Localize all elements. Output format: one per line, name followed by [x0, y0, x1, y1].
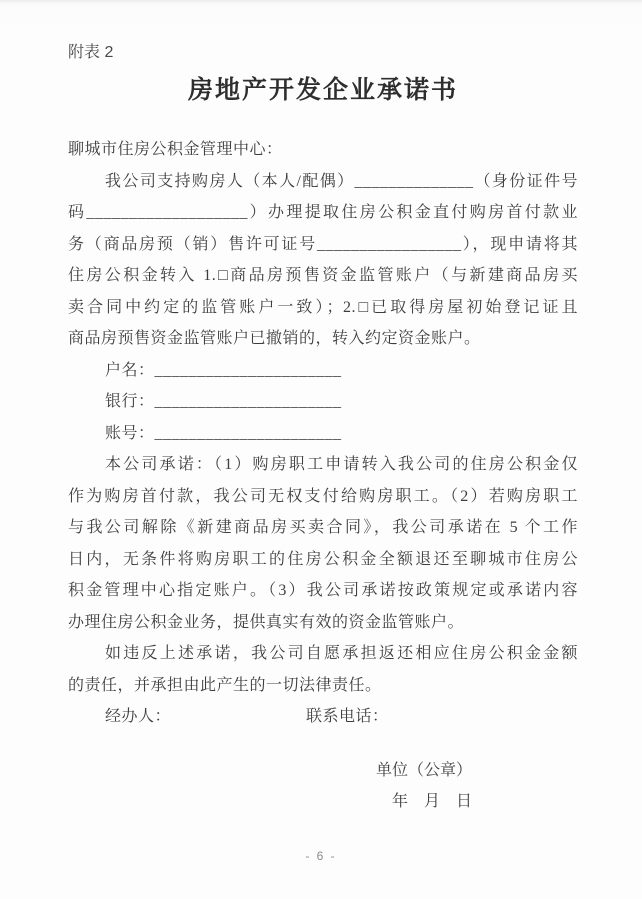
body-line-checkbox-2: 卖合同中约定的监管账户一致）；2.□已取得房屋初始登记证且	[68, 292, 578, 324]
body-line: 本公司承诺：（1）购房职工申请转入我公司的住房公积金仅	[68, 449, 578, 481]
date-line: 年 月 日	[68, 786, 472, 818]
body-line: 如违反上述承诺，我公司自愿承担返还相应住房公积金金额	[68, 638, 578, 670]
document-body: 聊城市住房公积金管理中心： 我公司支持购房人（本人/配偶）___________…	[68, 134, 578, 733]
body-line: 与我公司解除《新建商品房买卖合同》，我公司承诺在 5 个工作	[68, 512, 578, 544]
body-line-checkbox-1: 住房公积金转入 1.□商品房预售资金监管账户（与新建商品房买	[68, 260, 578, 292]
page-number: - 6 -	[0, 849, 642, 863]
phone-label: 联系电话：	[306, 708, 389, 725]
body-line: 作为购房首付款，我公司无权支付给购房职工。（2）若购房职工	[68, 481, 578, 513]
body-line: 务（商品房预（销）售许可证号_________________），现申请将其	[68, 229, 578, 261]
document-title: 房地产开发企业承诺书	[68, 74, 578, 108]
body-line: 我公司支持购房人（本人/配偶）______________（身份证件号	[68, 166, 578, 198]
signature-block: 单位（公章） 年 月 日	[68, 755, 578, 818]
body-line: 积金管理中心指定账户。（3）我公司承诺按政策规定或承诺内容	[68, 575, 578, 607]
body-line: 码___________________）办理提取住房公积金直付购房首付款业	[68, 197, 578, 229]
field-account-number: 账号：______________________	[68, 418, 578, 450]
operator-line: 经办人：联系电话：	[68, 701, 578, 733]
operator-label: 经办人：	[105, 708, 171, 725]
body-line: 日内，无条件将购房职工的住房公积金全额退还至聊城市住房公	[68, 544, 578, 576]
document-page: 附表 2 房地产开发企业承诺书 聊城市住房公积金管理中心： 我公司支持购房人（本…	[0, 0, 642, 899]
unit-seal-label: 单位（公章）	[68, 755, 472, 787]
field-account-name: 户名：______________________	[68, 355, 578, 387]
salutation-line: 聊城市住房公积金管理中心：	[68, 134, 578, 166]
body-line: 商品房预售资金监管账户已撤销的，转入约定资金账户。	[68, 323, 578, 355]
annex-label: 附表 2	[68, 42, 578, 64]
body-line: 办理住房公积金业务，提供真实有效的资金监管账户。	[68, 607, 578, 639]
field-bank: 银行：______________________	[68, 386, 578, 418]
body-line: 的责任，并承担由此产生的一切法律责任。	[68, 670, 578, 702]
